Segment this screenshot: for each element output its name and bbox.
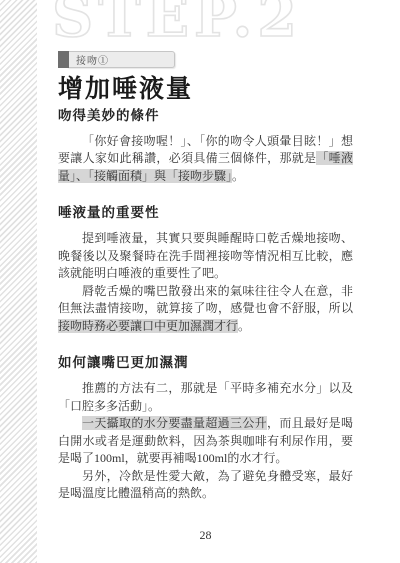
page-content: 接吻① 增加唾液量 吻得美妙的條件 「你好會接吻喔！」、「你的吻令人頭暈目眩！」…: [58, 50, 353, 503]
tag-square-icon: [58, 51, 69, 68]
chapter-tag-label: 接吻①: [66, 51, 175, 68]
page-title: 增加唾液量: [58, 75, 353, 104]
paragraph: 一天攝取的水分要盡量超過三公升，而且最好是喝白開水或者是運動飲料，因為茶與咖啡有…: [58, 415, 353, 468]
section-moist-mouth: 如何讓嘴巴更加濕潤 推薦的方法有二，那就是「平時多補充水分」以及「口腔多多活動」…: [58, 351, 353, 503]
section-saliva-importance: 唾液量的重要性 提到唾液量，其實只要與睡醒時口乾舌燥地接吻、晚餐後以及聚餐時在洗…: [58, 201, 353, 335]
section-paragraphs: 「你好會接吻喔！」、「你的吻令人頭暈目眩！」想要讓人家如此稱讚，必須具備三個條件…: [58, 133, 353, 186]
highlighted-text: 一天攝取的水分要盡量超過三公升: [82, 416, 267, 430]
book-page: STEP.2 接吻① 增加唾液量 吻得美妙的條件 「你好會接吻喔！」、「你的吻令…: [0, 0, 400, 563]
section-paragraphs: 推薦的方法有二，那就是「平時多補充水分」以及「口腔多多活動」。一天攝取的水分要盡…: [58, 380, 353, 503]
section-heading: 如何讓嘴巴更加濕潤: [58, 351, 353, 371]
body-text: 。: [238, 319, 250, 333]
paragraph: 脣乾舌燥的嘴巴散發出來的氣味往往令人在意，非但無法盡情接吻，就算接了吻，感覺也會…: [58, 283, 353, 336]
page-number: 28: [58, 528, 353, 543]
paragraph: 提到唾液量，其實只要與睡醒時口乾舌燥地接吻、晚餐後以及聚餐時在洗手間裡接吻等情況…: [58, 230, 353, 283]
section-kiss-conditions: 吻得美妙的條件 「你好會接吻喔！」、「你的吻令人頭暈目眩！」想要讓人家如此稱讚，…: [58, 104, 353, 186]
step-watermark: STEP.2: [52, 0, 302, 50]
body-text: 提到唾液量，其實只要與睡醒時口乾舌燥地接吻、晚餐後以及聚餐時在洗手間裡接吻等情況…: [58, 231, 353, 280]
body-text: 脣乾舌燥的嘴巴散發出來的氣味往往令人在意，非但無法盡情接吻，就算接了吻，感覺也會…: [58, 284, 353, 316]
section-heading: 唾液量的重要性: [58, 201, 353, 221]
section-paragraphs: 提到唾液量，其實只要與睡醒時口乾舌燥地接吻、晚餐後以及聚餐時在洗手間裡接吻等情況…: [58, 230, 353, 335]
paragraph: 另外，冷飲是性愛大敵，為了避免身體受寒，最好是喝溫度比體溫稍高的熱飲。: [58, 468, 353, 503]
section-heading: 吻得美妙的條件: [58, 104, 353, 124]
paragraph: 「你好會接吻喔！」、「你的吻令人頭暈目眩！」想要讓人家如此稱讚，必須具備三個條件…: [58, 133, 353, 186]
body-text: 另外，冷飲是性愛大敵，為了避免身體受寒，最好是喝溫度比體溫稍高的熱飲。: [58, 469, 353, 501]
highlighted-text: 接吻時務必要讓口中更加濕潤才行: [58, 319, 238, 333]
body-text: 推薦的方法有二，那就是「平時多補充水分」以及「口腔多多活動」。: [58, 381, 353, 413]
body-text: 。: [232, 169, 244, 183]
chapter-tag: 接吻①: [58, 50, 353, 68]
paragraph: 推薦的方法有二，那就是「平時多補充水分」以及「口腔多多活動」。: [58, 380, 353, 415]
diagonal-stripe-decoration: [0, 0, 37, 563]
body-text: 「你好會接吻喔！」、「你的吻令人頭暈目眩！」想要讓人家如此稱讚，必須具備三個條件…: [58, 134, 353, 166]
